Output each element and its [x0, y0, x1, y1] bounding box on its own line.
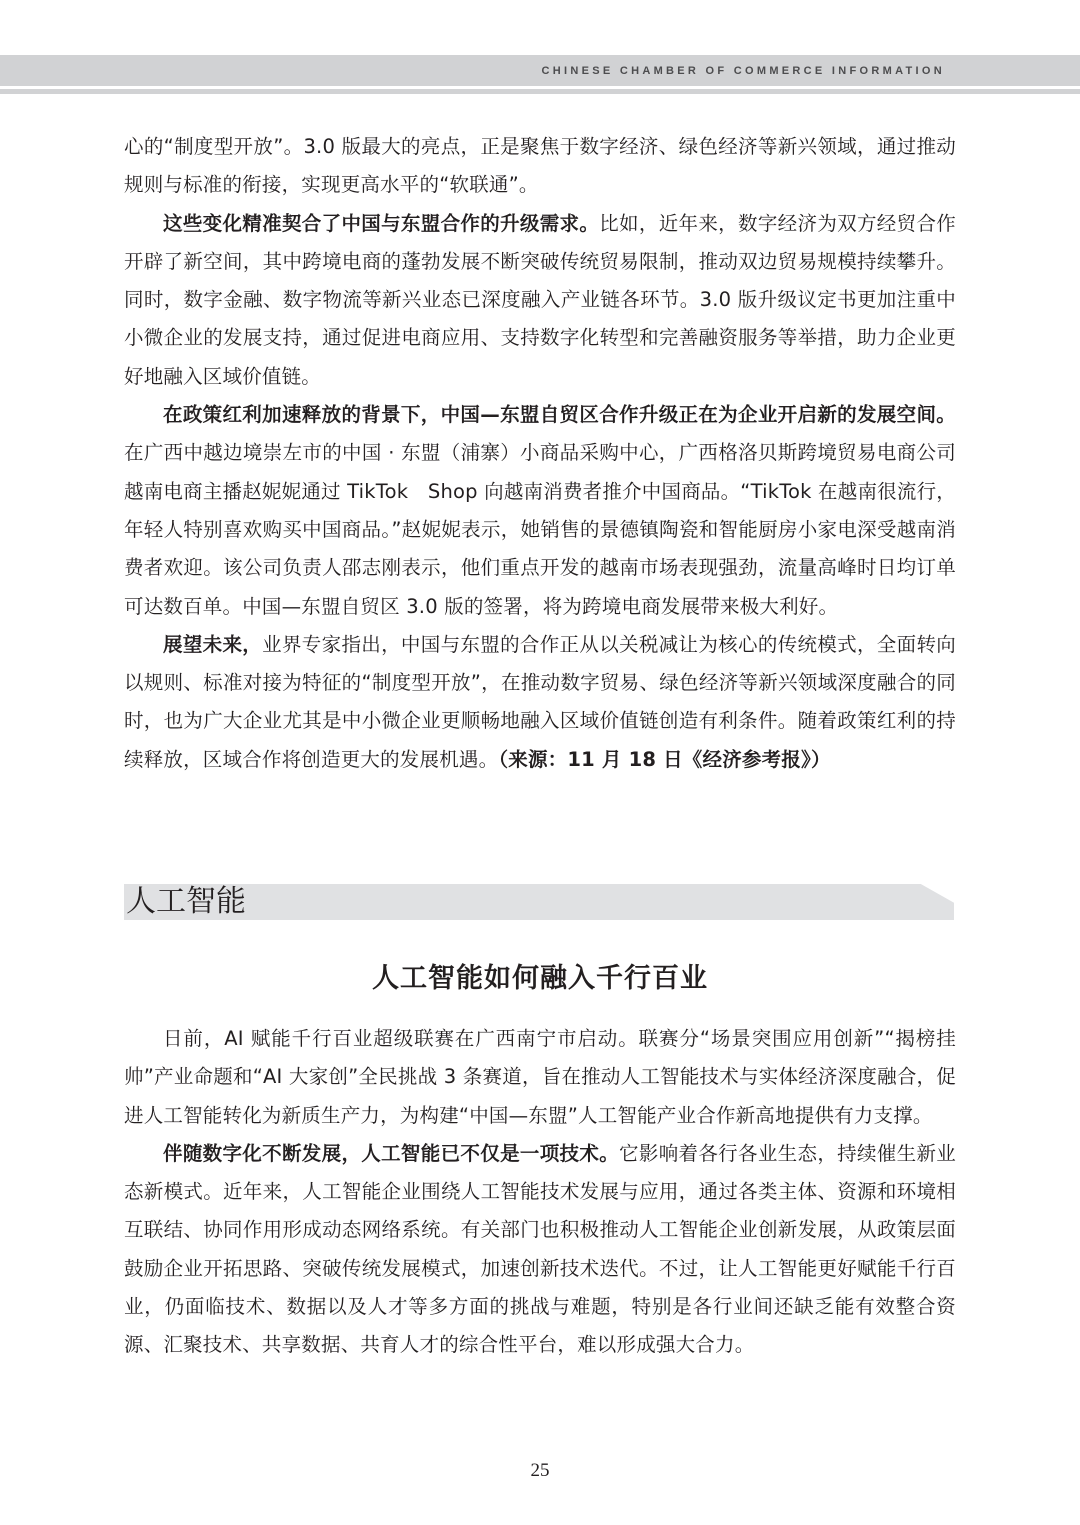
paragraph-lead: 这些变化精准契合了中国与东盟合作的升级需求。	[163, 212, 599, 235]
paragraph: 展望未来，业界专家指出，中国与东盟的合作正从以关税减让为核心的传统模式，全面转向…	[124, 626, 956, 779]
paragraph: 日前，AI 赋能千行百业超级联赛在广西南宁市启动。联赛分“场景突围应用创新”“揭…	[124, 1020, 956, 1135]
article-body-ai: 日前，AI 赋能千行百业超级联赛在广西南宁市启动。联赛分“场景突围应用创新”“揭…	[124, 1020, 956, 1365]
running-header-stripe	[0, 89, 1080, 94]
paragraph-lead: 展望未来，	[163, 633, 262, 656]
paragraph-lead: 伴随数字化不断发展，人工智能已不仅是一项技术。	[163, 1142, 619, 1165]
paragraph-text: 在广西中越边境崇左市的中国 · 东盟（浦寨）小商品采购中心，广西格洛贝斯跨境贸易…	[124, 441, 956, 617]
source-citation: （来源：11 月 18 日《经济参考报》）	[498, 748, 830, 771]
section-banner	[124, 884, 954, 920]
page-number: 25	[0, 1460, 1080, 1482]
paragraph-text: 比如，近年来，数字经济为双方经贸合作开辟了新空间，其中跨境电商的蓬勃发展不断突破…	[124, 212, 956, 388]
running-header-title: CHINESE CHAMBER OF COMMERCE INFORMATION	[542, 65, 946, 77]
paragraph-text: 日前，AI 赋能千行百业超级联赛在广西南宁市启动。联赛分“场景突围应用创新”“揭…	[124, 1027, 956, 1127]
section-title: 人工智能	[126, 884, 246, 920]
article-body-trade: 心的“制度型开放”。3.0 版最大的亮点，正是聚焦于数字经济、绿色经济等新兴领域…	[124, 128, 956, 779]
article-title: 人工智能如何融入千行百业	[124, 956, 956, 995]
paragraph: 伴随数字化不断发展，人工智能已不仅是一项技术。它影响着各行各业生态，持续催生新业…	[124, 1135, 956, 1365]
paragraph-lead: 在政策红利加速释放的背景下，中国—东盟自贸区合作升级正在为企业开启新的发展空间。	[163, 403, 956, 426]
paragraph: 在政策红利加速释放的背景下，中国—东盟自贸区合作升级正在为企业开启新的发展空间。…	[124, 396, 956, 626]
paragraph: 心的“制度型开放”。3.0 版最大的亮点，正是聚焦于数字经济、绿色经济等新兴领域…	[124, 128, 956, 205]
paragraph: 这些变化精准契合了中国与东盟合作的升级需求。比如，近年来，数字经济为双方经贸合作…	[124, 205, 956, 396]
paragraph-text: 心的“制度型开放”。3.0 版最大的亮点，正是聚焦于数字经济、绿色经济等新兴领域…	[124, 135, 956, 196]
paragraph-text: 它影响着各行各业生态，持续催生新业态新模式。近年来，人工智能企业围绕人工智能技术…	[124, 1142, 956, 1356]
